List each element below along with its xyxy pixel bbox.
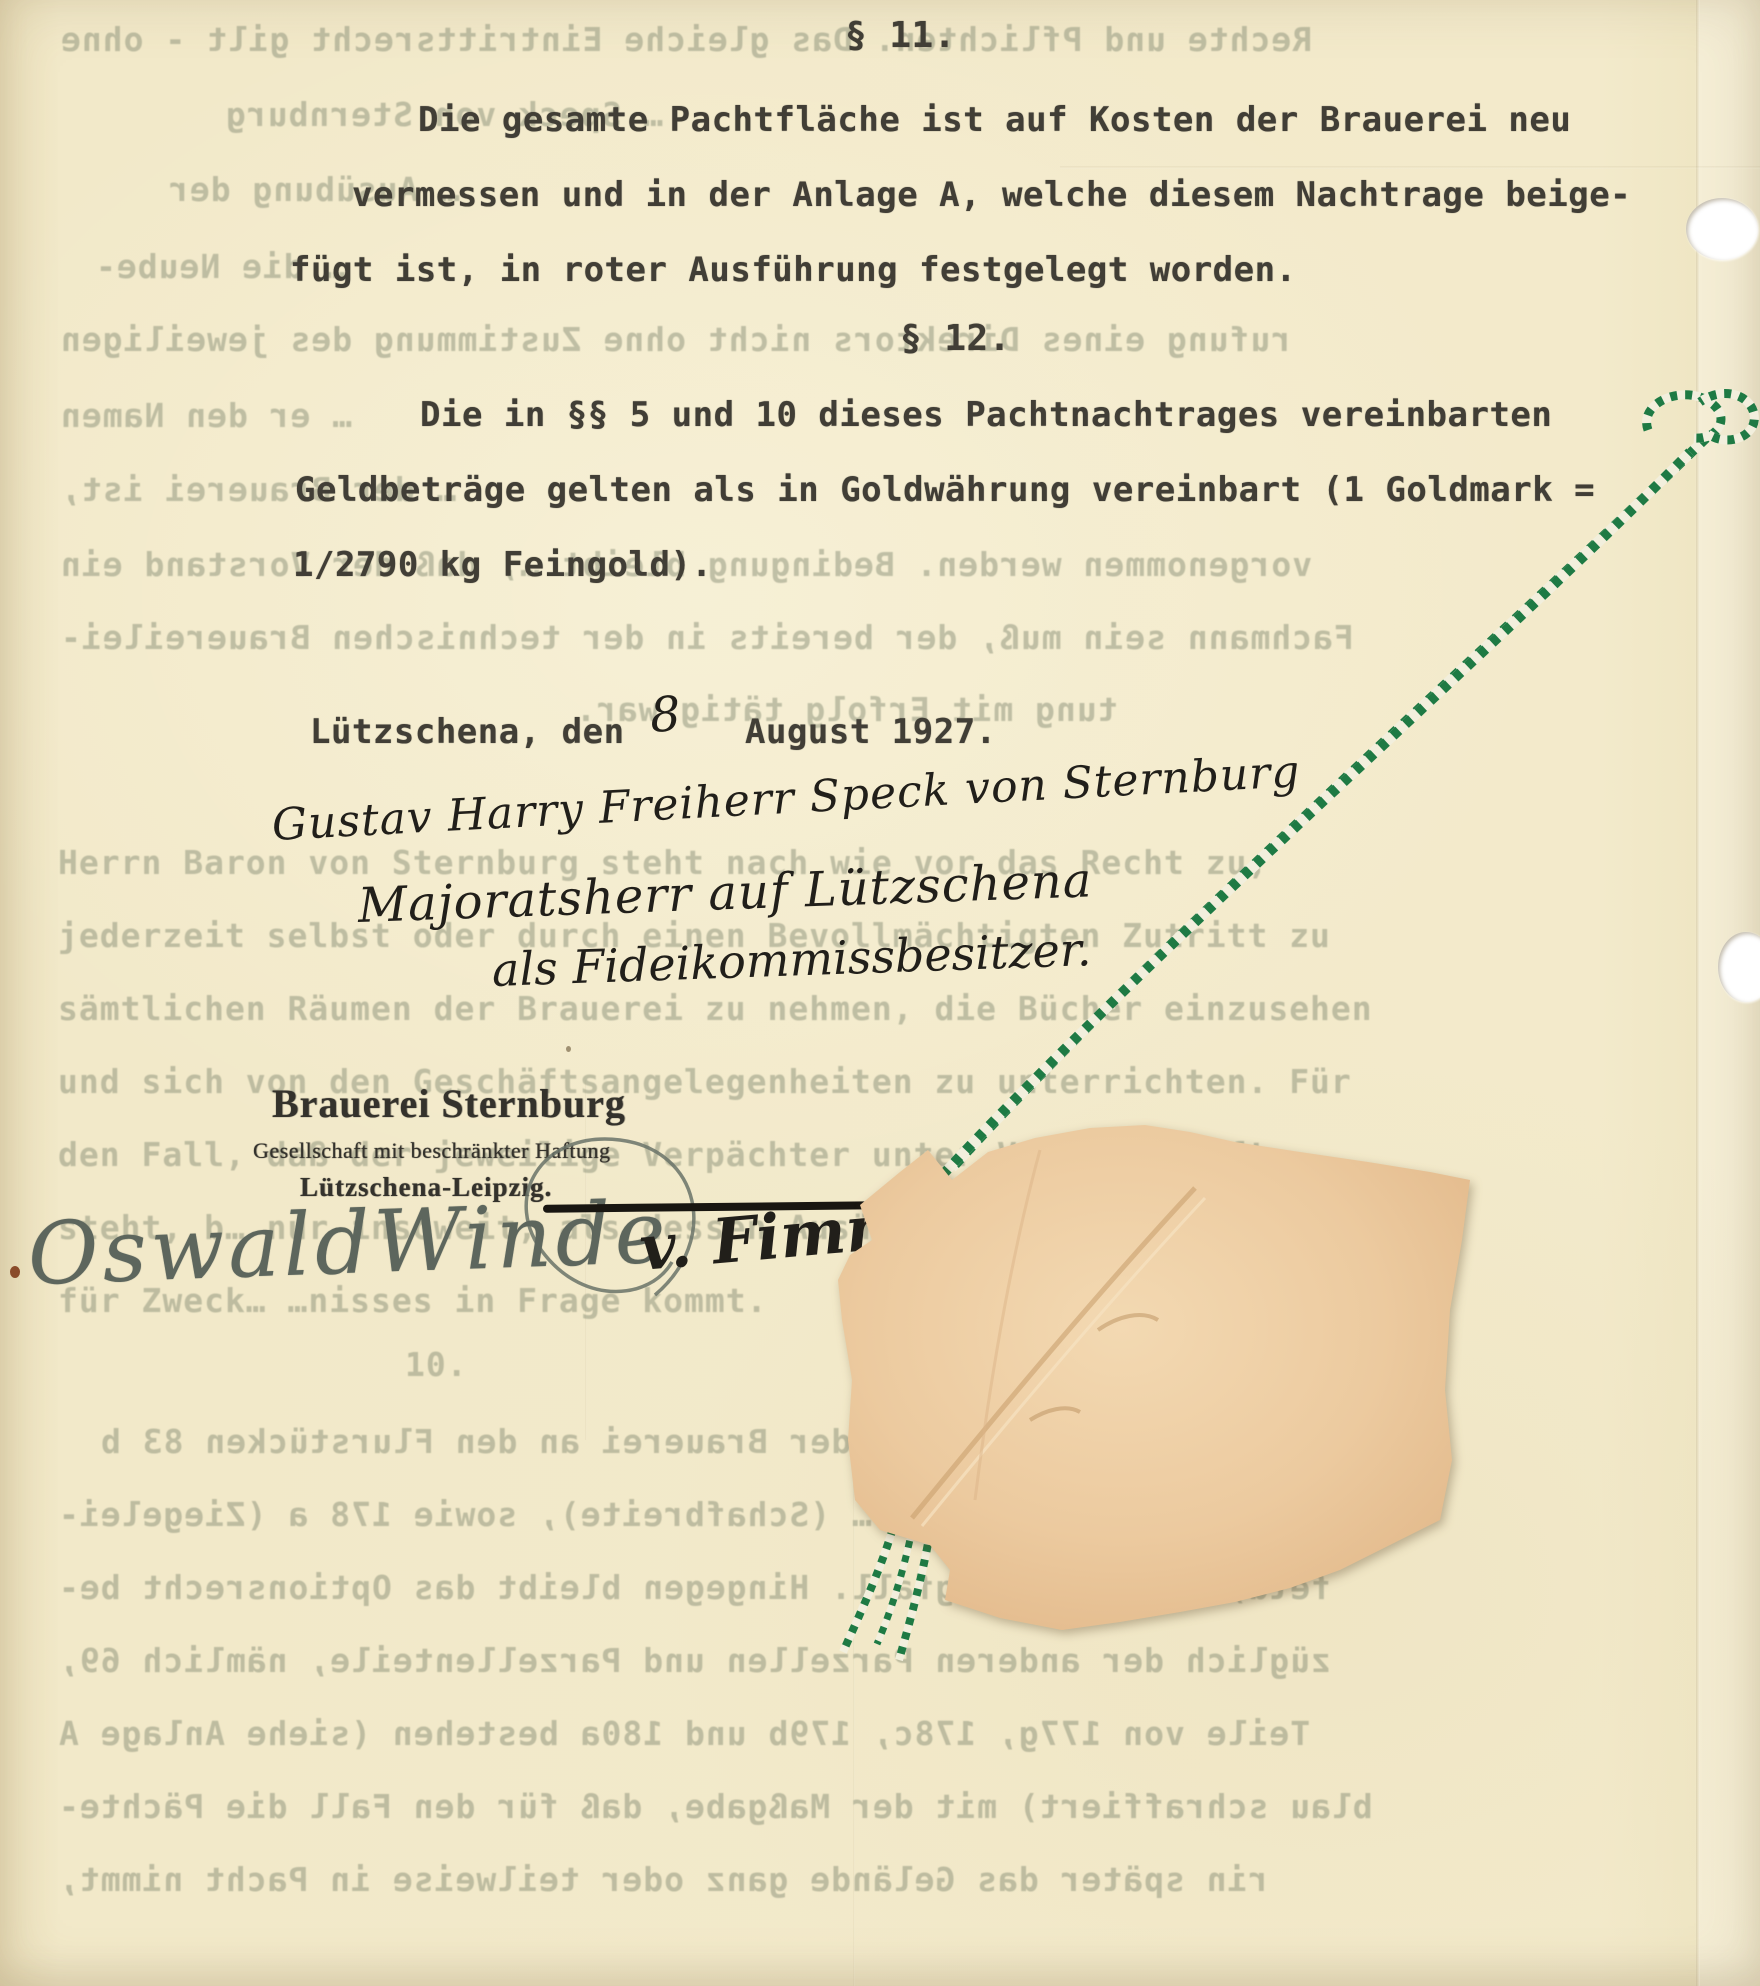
ghost-line: rin später das Gelände ganz oder teilwei…: [58, 1860, 1268, 1899]
ink-speck: [10, 1266, 20, 1278]
company-stamp-line2: Gesellschaft mit beschränkter Haftung: [253, 1138, 611, 1164]
typed-line: Geldbeträge gelten als in Goldwährung ve…: [295, 470, 1595, 510]
typed-line: vermessen und in der Anlage A, welche di…: [352, 175, 1631, 215]
ghost-line: blau schraffiert) mit der Maßgabe, daß f…: [58, 1787, 1373, 1826]
ghost-line: züglich der anderen Parzellen und Parzel…: [58, 1641, 1331, 1680]
horizontal-crease-top: [1060, 166, 1760, 169]
company-stamp-line1: Brauerei Sternburg: [272, 1080, 626, 1127]
ghost-line: rufung eines Direktors nicht ohne Zustim…: [60, 320, 1291, 359]
document-page: Rechte und Pflichten. Das gleiche Eintri…: [0, 0, 1760, 1986]
ghost-line: sämtlichen Räumen der Brauerei zu nehmen…: [58, 989, 1373, 1028]
ghost-line: feld) kommen in Wegfall. Hingegen bleibt…: [58, 1568, 1331, 1607]
dateline-place: Lützschena, den: [310, 712, 625, 752]
ghost-line: Die … der Brauerei an den Flurstücken 83…: [100, 1422, 976, 1461]
ghost-line: … (Schafbreite), sowie 178 a (Ziegelei-: [58, 1495, 872, 1534]
section-12-heading: § 12.: [900, 318, 1011, 359]
ghost-line: … er den Namen: [60, 396, 352, 435]
ghost-line: Fachmann sein muß, der bereits in der te…: [60, 618, 1354, 657]
paper-speck: [566, 1046, 571, 1052]
handwritten-signature-line1: Gustav Harry Freiherr Speck von Sternbur…: [271, 746, 1302, 851]
vertical-fold-right: [1696, 0, 1700, 1986]
ghost-line: und sich von den Geschäftsangelegenheite…: [58, 1062, 1352, 1101]
section-11-heading: § 11.: [845, 15, 956, 56]
ghost-line: 10.: [405, 1345, 468, 1384]
typed-line: Die in §§ 5 und 10 dieses Pachtnachtrage…: [420, 395, 1552, 435]
punch-hole-top: [1686, 198, 1758, 260]
ghost-line: den Fall, daß der jeweilige Verpächter u…: [58, 1135, 1268, 1174]
dateline-month-year: August 1927.: [745, 712, 997, 752]
typed-line: Die gesamte Pachtfläche ist auf Kosten d…: [418, 100, 1571, 140]
typed-line: fügt ist, in roter Ausführung festgelegt…: [290, 250, 1297, 290]
ghost-line: Teile von 177g, 178c, 179b und 180a best…: [58, 1714, 1310, 1753]
ghost-line: Rechte und Pflichten. Das gleiche Eintri…: [60, 20, 1312, 59]
punch-hole-bottom: [1718, 932, 1760, 1002]
typed-line: 1/2790 kg Feingold).: [293, 545, 712, 585]
dateline-day-handwritten: 8: [648, 686, 682, 744]
